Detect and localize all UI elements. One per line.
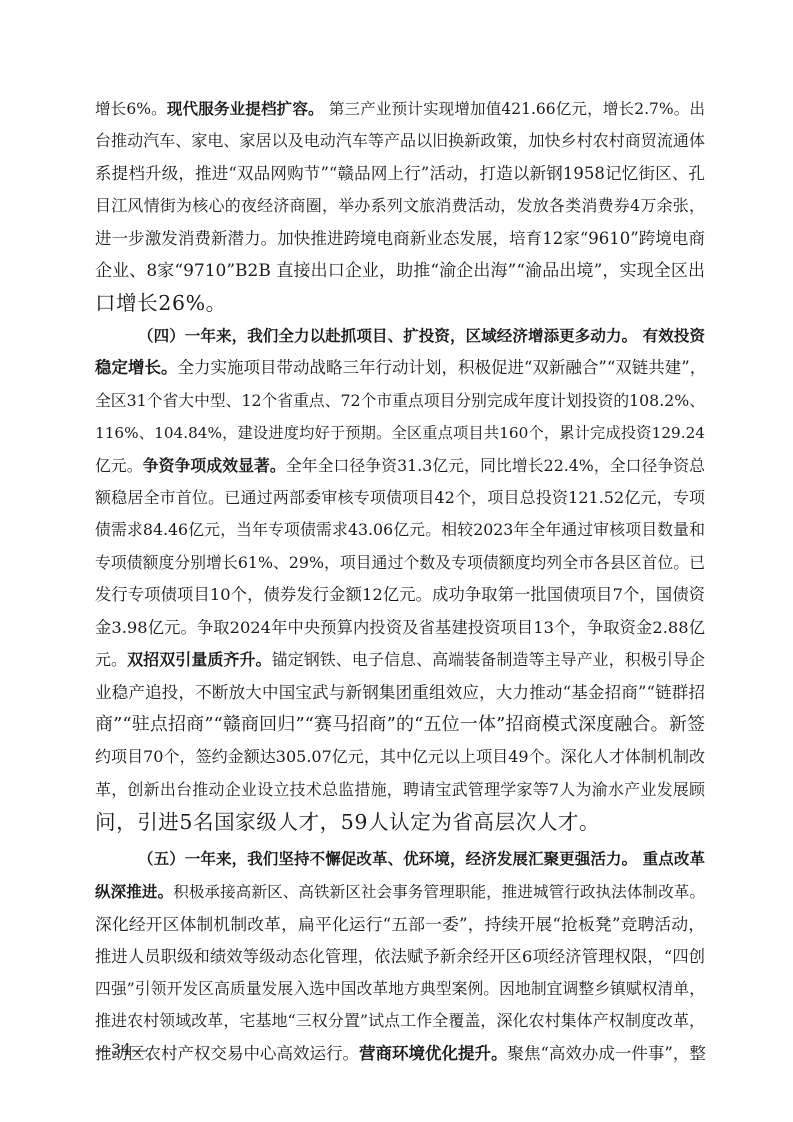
text-line: （五）一年来，我们坚持不懈促改革、优环境，经济发展汇聚更强活力。 重点改革	[138, 844, 705, 874]
text-line: 商”“驻点招商”“赣商回归”“赛马招商”的“五位一体”招商模式深度融合。新签	[95, 710, 705, 740]
body-text-segment: 债需求84.46亿元，当年专项债需求43.06亿元。相较2023年全年通过审核项…	[95, 520, 705, 539]
text-line: 全区31个省大中型、12个省重点、72个市重点项目分别完成年度计划投资的108.…	[95, 386, 705, 416]
body-text-segment: 116%、104.84%，建设进度均好于预期。全区重点项目共160个，累计完成投…	[95, 424, 705, 442]
body-text-segment: 全年全口径争资31.3亿元，同比增长22.4%，全口径争资总	[286, 456, 705, 475]
body-text-segment: 积极承接高新区、高铁新区社会事务管理职能，推进城管行政执法体制改革。	[173, 883, 705, 901]
bold-heading-text: 纵深推进。	[95, 882, 173, 901]
text-line: 推进人员职级和绩效等级动态化管理，依法赋予新余经开区6项经济管理权限，“四创	[95, 942, 705, 972]
text-line: 业稳产追投，不断放大中国宝武与新钢集团重组效应，大力推动“基金招商”“链群招	[95, 678, 705, 708]
body-text-segment: 业稳产追投，不断放大中国宝武与新钢集团重组效应，大力推动“基金招商”“链群招	[95, 683, 705, 702]
text-line: 专项债额度分别增长61%、29%，项目通过个数及专项债额度均列全市各县区首位。已	[95, 548, 705, 578]
body-text-segment: 系提档升级，推进“双品网购节”“赣品网上行”活动，打造以新钢1958记忆街区、孔	[95, 164, 705, 183]
text-line: 推动区农村产权交易中心高效运行。营商环境优化提升。聚焦“高效办成一件事”，整	[95, 1039, 705, 1069]
body-text-segment: 进一步激发消费新潜力。加快推进跨境电商新业态发展，培育12家“9610”跨境电商	[95, 229, 705, 248]
body-text-segment: 全力实施项目带动战略三年行动计划，积极促进“双新融合”“双链共建”，	[178, 358, 707, 377]
body-text-segment: 深化经开区体制机制改革，扁平化运行“五部一委”，持续开展“抢板凳”竞聘活动，	[95, 914, 705, 934]
bold-heading-text: 营商环境优化提升。	[359, 1044, 508, 1063]
body-text-segment: 第三产业预计实现增加值421.66亿元，增长2.7%。出	[324, 100, 705, 118]
bold-heading-text: 有效投资	[637, 326, 705, 345]
body-text-segment: 亿元。	[95, 456, 143, 475]
text-line: 116%、104.84%，建设进度均好于预期。全区重点项目共160个，累计完成投…	[95, 418, 705, 448]
body-text-segment: 聚焦“高效办成一件事”，整	[508, 1044, 706, 1063]
text-line: 革，创新出台推动企业设立技术总监措施，聘请宝武管理学家等7人为渝水产业发展顾	[95, 775, 705, 805]
text-line: 发行专项债项目10个，债券发行金额12亿元。成功争取第一批国债项目7个，国债资	[95, 580, 705, 610]
body-text-segment: 额稳居全市首位。已通过两部委审核专项债项目42个，项目总投资121.52亿元，专…	[95, 488, 705, 507]
document-page: 增长6%。现代服务业提档扩容。 第三产业预计实现增加值421.66亿元，增长2.…	[0, 0, 793, 1122]
text-line: 目江风情街为核心的夜经济商圈，举办系列文旅消费活动，发放各类消费券4万余张，	[95, 191, 705, 221]
text-line: 稳定增长。全力实施项目带动战略三年行动计划，积极促进“双新融合”“双链共建”，	[95, 353, 705, 383]
body-text-segment: 台推动汽车、家电、家居以及电动汽车等产品以旧换新政策，加快乡村农村商贸流通体	[95, 131, 705, 150]
bold-heading-text: 双招双引量质齐升。	[127, 650, 271, 669]
text-line: 约项目70个，签约金额达305.07亿元，其中亿元以上项目49个。深化人才体制机…	[95, 742, 705, 772]
body-text-segment: 四强”引领开发区高质量发展入选中国改革地方典型案例。因地制宜调整乡镇赋权清单，	[95, 979, 705, 998]
bold-heading-text: 稳定增长。	[95, 358, 178, 377]
text-line: 四强”引领开发区高质量发展入选中国改革地方典型案例。因地制宜调整乡镇赋权清单，	[95, 974, 705, 1004]
page-number: —34—	[95, 1040, 147, 1060]
text-line: 推进农村领域改革，宅基地“三权分置”试点工作全覆盖，深化农村集体产权制度改革，	[95, 1006, 705, 1036]
body-text-segment: 金3.98亿元。争取2024年中央预算内投资及省基建投资项目13个，争取资金2.…	[95, 618, 705, 637]
body-text-segment: 发行专项债项目10个，债券发行金额12亿元。成功争取第一批国债项目7个，国债资	[95, 585, 705, 604]
body-text-segment: 专项债额度分别增长61%、29%，项目通过个数及专项债额度均列全市各县区首位。已	[95, 553, 705, 572]
bold-heading-text: （五）一年来，我们坚持不懈促改革、优环境，经济发展汇聚更强活力。	[138, 849, 637, 868]
body-text-segment: 全区31个省大中型、12个省重点、72个市重点项目分别完成年度计划投资的108.…	[95, 391, 705, 410]
text-line: 台推动汽车、家电、家居以及电动汽车等产品以旧换新政策，加快乡村农村商贸流通体	[95, 126, 705, 156]
body-text-segment: 目江风情街为核心的夜经济商圈，举办系列文旅消费活动，发放各类消费券4万余张，	[95, 196, 705, 215]
body-text-segment: 推进农村领域改革，宅基地“三权分置”试点工作全覆盖，深化农村集体产权制度改革，	[95, 1011, 705, 1030]
text-line: 问，引进5名国家级人才，59人认定为省高层次人才。	[95, 807, 705, 837]
body-text-segment: 推进人员职级和绩效等级动态化管理，依法赋予新余经开区6项经济管理权限，“四创	[95, 947, 705, 966]
body-text-segment: 增长6%。	[95, 100, 167, 118]
text-line: 进一步激发消费新潜力。加快推进跨境电商新业态发展，培育12家“9610”跨境电商	[95, 224, 705, 254]
text-line: 企业、8家“9710”B2B 直接出口企业，助推“渝企出海”“渝品出境”，实现全…	[95, 256, 705, 286]
body-text-segment: 元。	[95, 650, 127, 669]
bold-heading-text: 现代服务业提档扩容。	[167, 99, 324, 118]
text-line: 金3.98亿元。争取2024年中央预算内投资及省基建投资项目13个，争取资金2.…	[95, 613, 705, 643]
text-line: 口增长26%。	[95, 288, 705, 318]
text-line: 额稳居全市首位。已通过两部委审核专项债项目42个，项目总投资121.52亿元，专…	[95, 483, 705, 513]
bold-heading-text: 争资争项成效显著。	[143, 456, 286, 475]
body-text-segment: 约项目70个，签约金额达305.07亿元，其中亿元以上项目49个。深化人才体制机…	[95, 747, 705, 766]
text-line: 债需求84.46亿元，当年专项债需求43.06亿元。相较2023年全年通过审核项…	[95, 515, 705, 545]
text-line: 亿元。争资争项成效显著。全年全口径争资31.3亿元，同比增长22.4%，全口径争…	[95, 451, 705, 481]
text-line: 增长6%。现代服务业提档扩容。 第三产业预计实现增加值421.66亿元，增长2.…	[95, 94, 705, 124]
body-text-segment: 革，创新出台推动企业设立技术总监措施，聘请宝武管理学家等7人为渝水产业发展顾	[95, 780, 705, 799]
text-line: 纵深推进。积极承接高新区、高铁新区社会事务管理职能，推进城管行政执法体制改革。	[95, 877, 705, 907]
text-line: 系提档升级，推进“双品网购节”“赣品网上行”活动，打造以新钢1958记忆街区、孔	[95, 159, 705, 189]
bold-heading-text: （四）一年来，我们全力以赴抓项目、扩投资，区域经济增添更多动力。	[138, 326, 637, 345]
text-line: 深化经开区体制机制改革，扁平化运行“五部一委”，持续开展“抢板凳”竞聘活动，	[95, 909, 705, 939]
body-text-segment: 企业、8家“9710”B2B 直接出口企业，助推“渝企出海”“渝品出境”，实现全…	[95, 261, 705, 281]
text-line: 元。双招双引量质齐升。锚定钢铁、电子信息、高端装备制造等主导产业，积极引导企	[95, 645, 705, 675]
body-text-segment: 口增长26%。	[95, 291, 227, 315]
body-text-segment: 锚定钢铁、电子信息、高端装备制造等主导产业，积极引导企	[272, 650, 705, 669]
text-line: （四）一年来，我们全力以赴抓项目、扩投资，区域经济增添更多动力。 有效投资	[138, 321, 705, 351]
body-text-segment: 商”“驻点招商”“赣商回归”“赛马招商”的“五位一体”招商模式深度融合。新签	[95, 714, 705, 735]
body-text-segment: 问，引进5名国家级人才，59人认定为省高层次人才。	[95, 810, 600, 834]
bold-heading-text: 重点改革	[637, 849, 705, 868]
